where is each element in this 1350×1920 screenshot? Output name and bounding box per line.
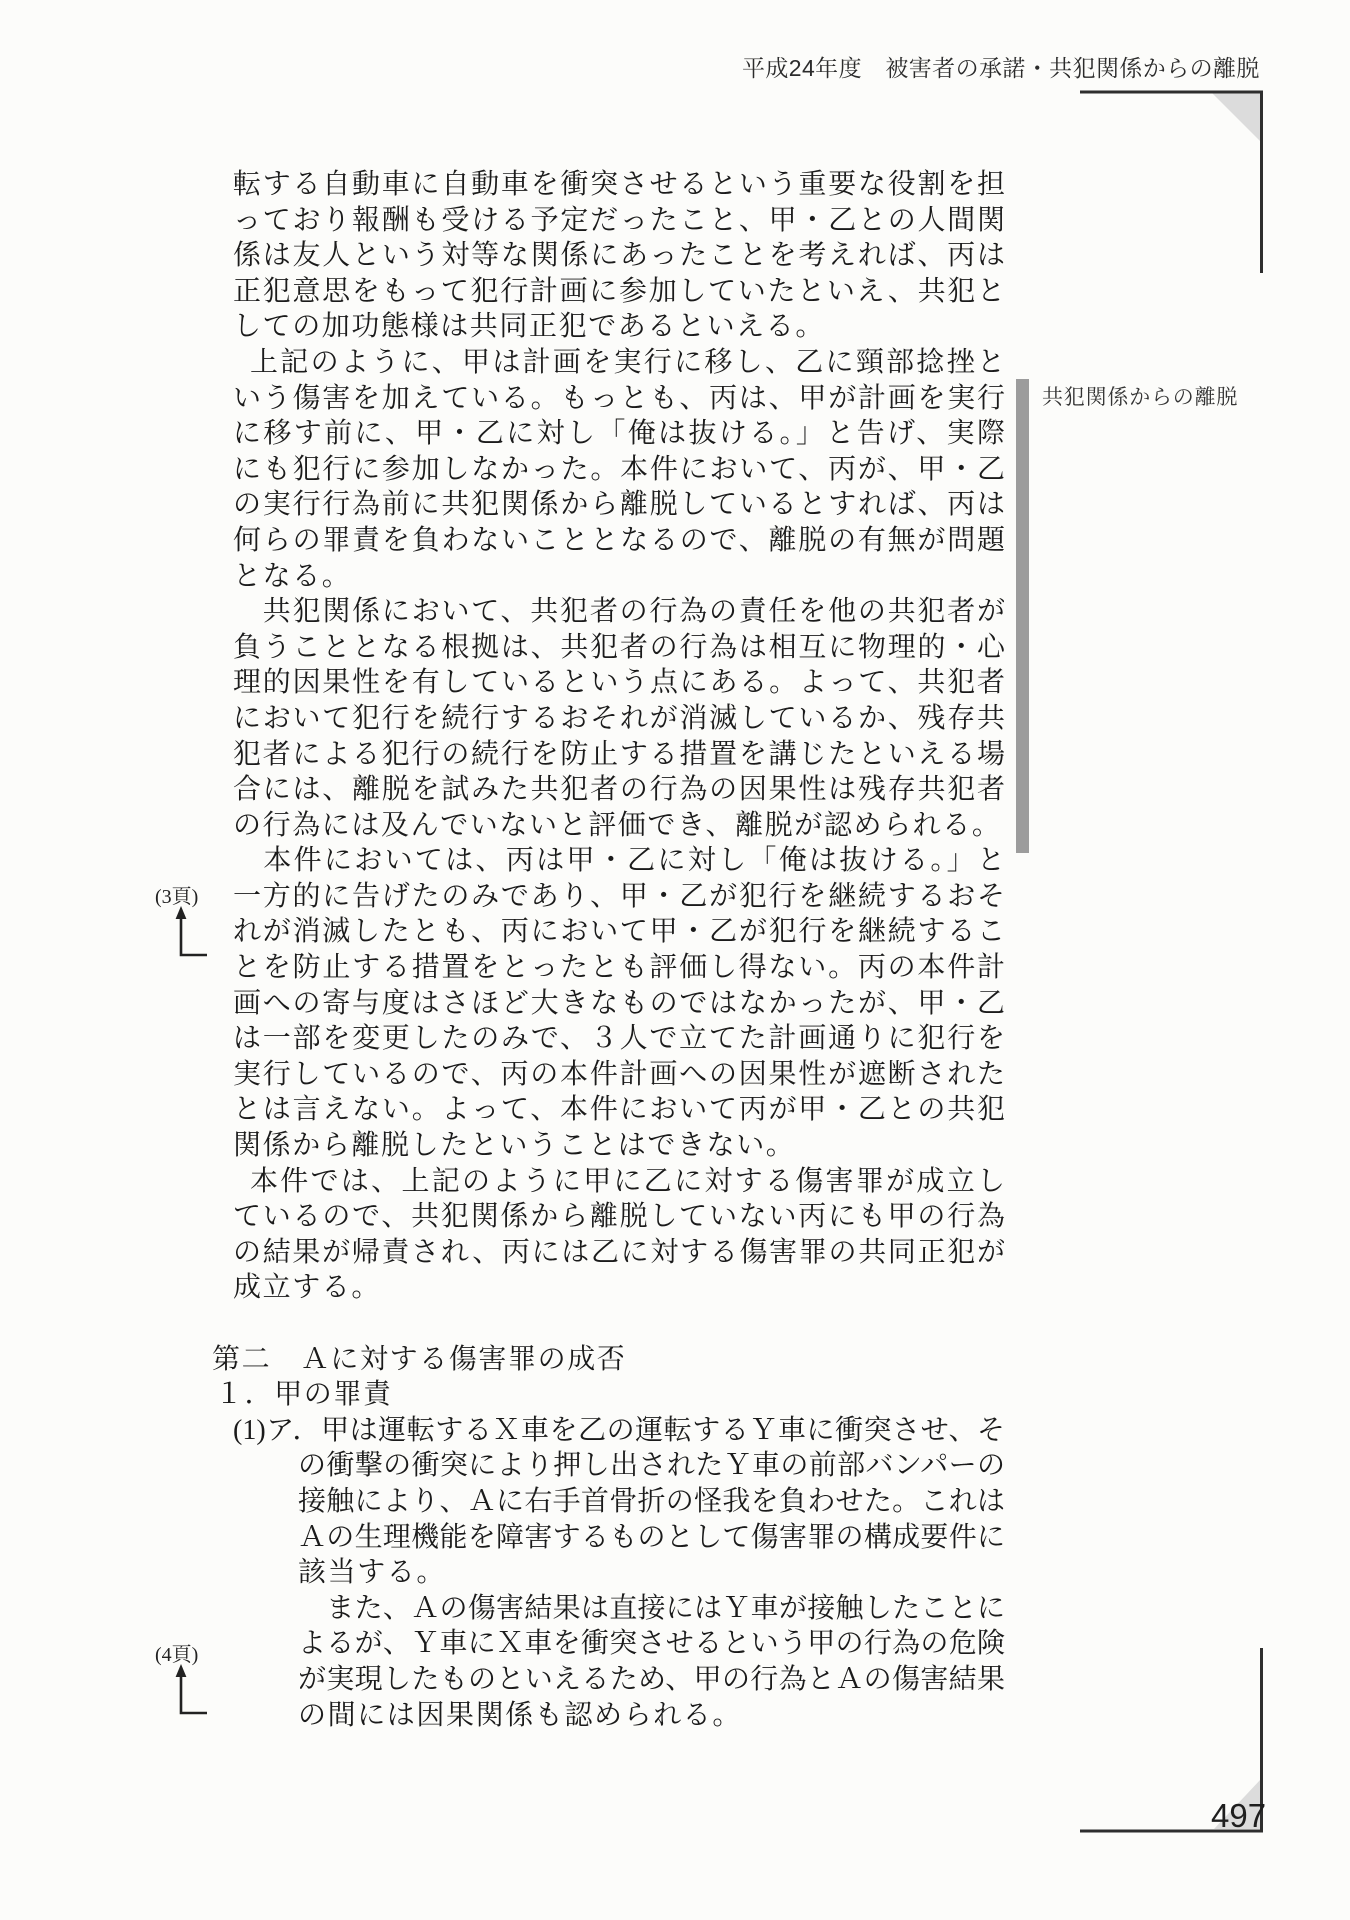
text-line: 犯者による犯行の続行を防止する措置を講じたといえる場 xyxy=(233,737,1005,773)
book-page: { "document": { "header": "平成24年度 被害者の承諾… xyxy=(0,0,1350,1920)
text-line: 正犯意思をもって犯行計画に参加していたといえ、共犯と xyxy=(233,274,1005,310)
text-line: 負うこととなる根拠は、共犯者の行為は相互に物理的・心 xyxy=(233,630,1005,666)
page-ref-arrow-icon xyxy=(168,905,210,959)
text-line: 一方的に告げたのみであり、甲・乙が犯行を継続するおそ xyxy=(233,879,1005,915)
text-line: 該当する。 xyxy=(298,1555,1005,1591)
text-line: は一部を変更したのみで、３人で立てた計画通りに犯行を xyxy=(233,1021,1005,1057)
text-line: いう傷害を加えている。もっとも、丙は、甲が計画を実行 xyxy=(233,381,1005,417)
text-line: 本件においては、丙は甲・乙に対し「俺は抜ける。」と xyxy=(233,843,1005,879)
text-line: に移す前に、甲・乙に対し「俺は抜ける。」と告げ、実際 xyxy=(233,416,1005,452)
text-line: よるが、Ｙ車にＸ車を衝突させるという甲の行為の危険 xyxy=(298,1626,1005,1662)
text-line: の衝撃の衝突により押し出されたＹ車の前部バンパーの xyxy=(298,1448,1005,1484)
text-line: の間には因果関係も認められる。 xyxy=(298,1698,1005,1734)
text-line: (1)ア．甲は運転するＸ車を乙の運転するＹ車に衝突させ、そ xyxy=(233,1413,1005,1449)
text-line: (2)上記のように、甲は計画を実行に移し、乙に頸部捻挫と xyxy=(250,345,1005,381)
corner-fold-triangle xyxy=(1212,93,1261,142)
text-line: の行為には及んでいないと評価でき、離脱が認められる。 xyxy=(233,808,1005,844)
text-line: 画への寄与度はさほど大きなものではなかったが、甲・乙 xyxy=(233,986,1005,1022)
text-line: 理的因果性を有しているという点にある。よって、共犯者 xyxy=(233,665,1005,701)
text-line: 転する自動車に自動車を衝突させるという重要な役割を担 xyxy=(233,167,1005,203)
page-ref-arrow-icon xyxy=(168,1663,210,1717)
text-line: １．甲の罪責 xyxy=(215,1377,1115,1413)
page-number: 497 xyxy=(1211,1797,1266,1835)
text-line: 合には、離脱を試みた共犯者の行為の因果性は残存共犯者 xyxy=(233,772,1005,808)
text-line: 関係から離脱したということはできない。 xyxy=(233,1128,1005,1164)
text-line: において犯行を続行するおそれが消滅しているか、残存共 xyxy=(233,701,1005,737)
text-line: とは言えない。よって、本件において丙が甲・乙との共犯 xyxy=(233,1092,1005,1128)
text-line: 共犯関係において、共犯者の行為の責任を他の共犯者が xyxy=(233,594,1005,630)
text-line: 成立する。 xyxy=(233,1270,1005,1306)
text-line: とを防止する措置をとったとも評価し得ない。丙の本件計 xyxy=(233,950,1005,986)
text-line: (3)本件では、上記のように甲に乙に対する傷害罪が成立し xyxy=(250,1164,1005,1200)
text-line: また、Ａの傷害結果は直接にはＹ車が接触したことに xyxy=(298,1591,1005,1627)
text-line: っており報酬も受ける予定だったこと、甲・乙との人間関 xyxy=(233,203,1005,239)
text-line: しての加功態様は共同正犯であるといえる。 xyxy=(233,309,1005,345)
text-line: ているので、共犯関係から離脱していない丙にも甲の行為 xyxy=(233,1199,1005,1235)
text-line: 接触により、Ａに右手首骨折の怪我を負わせた。これは xyxy=(298,1484,1005,1520)
text-line: の結果が帰責され、丙には乙に対する傷害罪の共同正犯が xyxy=(233,1235,1005,1271)
text-line: 実行しているので、丙の本件計画への因果性が遮断された xyxy=(233,1057,1005,1093)
blank-line xyxy=(0,1306,1350,1342)
running-head: 平成24年度 被害者の承諾・共犯関係からの離脱 xyxy=(742,50,1260,83)
text-line: となる。 xyxy=(233,559,1005,595)
text-line: が実現したものといえるため、甲の行為とＡの傷害結果 xyxy=(298,1662,1005,1698)
text-line: 何らの罪責を負わないこととなるので、離脱の有無が問題 xyxy=(233,523,1005,559)
text-line: れが消滅したとも、丙において甲・乙が犯行を継続するこ xyxy=(233,914,1005,950)
text-line: の実行行為前に共犯関係から離脱しているとすれば、丙は xyxy=(233,487,1005,523)
text-line: 第二 Ａに対する傷害罪の成否 xyxy=(212,1342,1112,1378)
text-line: Ａの生理機能を障害するものとして傷害罪の構成要件に xyxy=(298,1520,1005,1556)
text-line: にも犯行に参加しなかった。本件において、丙が、甲・乙 xyxy=(233,452,1005,488)
text-line: 係は友人という対等な関係にあったことを考えれば、丙は xyxy=(233,238,1005,274)
